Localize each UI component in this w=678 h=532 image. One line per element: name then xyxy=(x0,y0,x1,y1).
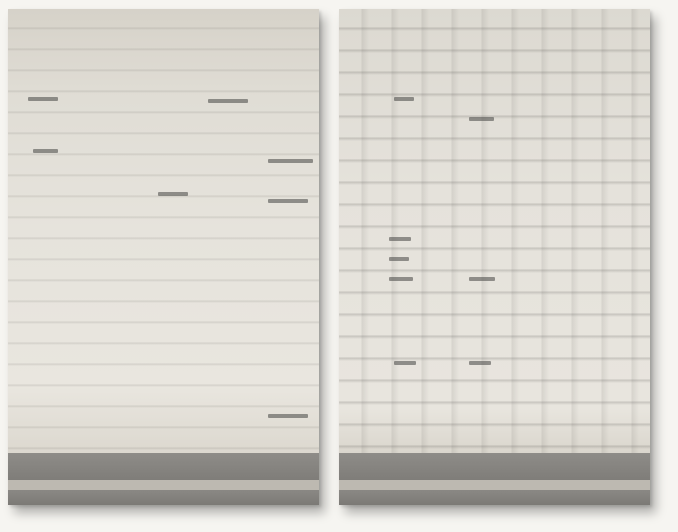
brush-mark xyxy=(389,257,409,261)
right-canvas-panel xyxy=(339,9,650,505)
brush-mark xyxy=(208,99,248,103)
brush-mark xyxy=(394,97,414,101)
dark-gray-band-bottom xyxy=(8,490,319,505)
brush-mark xyxy=(268,199,308,203)
textured-grid-area xyxy=(339,9,650,453)
brush-mark xyxy=(389,237,411,241)
left-canvas-panel xyxy=(8,9,319,505)
brush-mark xyxy=(33,149,58,153)
dark-gray-band-bottom xyxy=(339,490,650,505)
brush-mark xyxy=(469,361,491,365)
brush-mark xyxy=(469,117,494,121)
textured-light-area xyxy=(8,9,319,453)
light-gray-stripe xyxy=(8,480,319,490)
dark-gray-band xyxy=(339,453,650,480)
brush-mark xyxy=(158,192,188,196)
brush-mark xyxy=(28,97,58,101)
light-gray-stripe xyxy=(339,480,650,490)
brush-mark xyxy=(394,361,416,365)
brush-mark xyxy=(389,277,413,281)
brush-mark xyxy=(268,159,313,163)
brush-mark xyxy=(268,414,308,418)
dark-gray-band xyxy=(8,453,319,480)
brush-mark xyxy=(469,277,495,281)
